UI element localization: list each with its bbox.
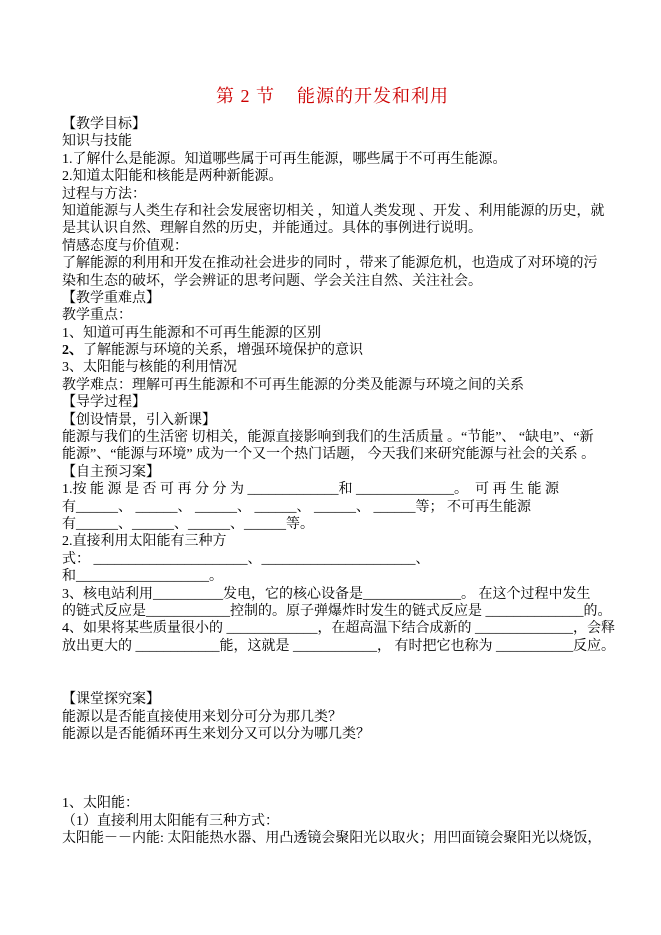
text-line: 教学难点：理解可再生能源和不可再生能源的分类及能源与环境之间的关系: [62, 377, 603, 394]
text-line: 能源与我们的生活密 切相关，能源直接影响到我们的生活质量 。“节能”、 “缺电”…: [62, 429, 603, 446]
blank-space: [62, 655, 603, 691]
text-segment: 【自主预习案】: [62, 465, 160, 480]
text-segment: 1.了解什么是能源。知道哪些属于可再生能源，哪些属于不可再生能源。: [62, 152, 507, 167]
document-body: 【教学目标】知识与技能1.了解什么是能源。知道哪些属于可再生能源，哪些属于不可再…: [62, 116, 603, 847]
text-segment: 1、知道可再生能源和不可再生能源的区别: [62, 326, 321, 341]
text-segment: 知识与技能: [62, 134, 132, 149]
text-line: 2.直接利用太阳能有三种方: [62, 533, 603, 550]
text-line: 能源以是否能直接使用来划分可分为那几类？: [62, 709, 603, 726]
text-segment: 【导学过程】: [62, 395, 146, 410]
blank-space: [62, 743, 603, 795]
text-line: 式： ______________________、______________…: [62, 551, 603, 568]
text-line: 2.知道太阳能和核能是两种新能源。: [62, 168, 603, 185]
text-line: 能源”、“能源与环境” 成为一个又一个热门话题， 今天我们来研究能源与社会的关系…: [62, 446, 603, 463]
text-line: 的链式反应是____________控制的。原子弹爆炸时发生的链式反应是 ___…: [62, 603, 603, 620]
text-line: 情感态度与价值观：: [62, 238, 603, 255]
text-segment: 能源以是否能循环再生来划分又可以分为哪几类？: [62, 727, 370, 742]
text-line: 【课堂探究案】: [62, 691, 603, 708]
text-line: 【教学重难点】: [62, 290, 603, 307]
text-segment: 【课堂探究案】: [62, 692, 160, 707]
text-segment: 和___________________。: [62, 569, 223, 584]
text-segment: （1）直接利用太阳能有三种方式：: [62, 814, 279, 829]
text-line: 有______、______、______、______等。: [62, 516, 603, 533]
text-line: 2、了解能源与环境的关系，增强环境保护的意识: [62, 342, 603, 359]
text-segment: 式： ______________________、______________…: [62, 552, 430, 567]
document-page: 第 2 节 能源的开发和利用 【教学目标】知识与技能1.了解什么是能源。知道哪些…: [0, 0, 661, 935]
text-line: 1.了解什么是能源。知道哪些属于可再生能源，哪些属于不可再生能源。: [62, 151, 603, 168]
text-line: 1.按 能 源 是 否 可 再 分 分 为 _____________和 ___…: [62, 481, 603, 498]
text-line: 3、核电站利用__________发电，它的核心设备是_____________…: [62, 586, 603, 603]
text-line: 染和生态的破坏，学会辨证的思考问题、学会关注自然、关注社会。: [62, 273, 603, 290]
text-segment: 4、如果将某些质量很小的 _____________，在超高温下结合成新的 __…: [62, 621, 615, 636]
text-line: 过程与方法：: [62, 186, 603, 203]
text-segment: 1.按 能 源 是 否 可 再 分 分 为 _____________和 ___…: [62, 482, 559, 497]
text-line: 有______、 ______、 ______、 ______、 ______、…: [62, 499, 603, 516]
text-line: 放出更大的 ____________能，这就是 ____________， 有时…: [62, 638, 603, 655]
text-line: 知道能源与人类生存和社会发展密切相关 ，知道人类发现 、开发 、利用能源的历史，…: [62, 203, 603, 220]
text-line: 太阳能－－内能: 太阳能热水器、用凸透镜会聚阳光以取火；用凹面镜会聚阳光以烧饭，: [62, 830, 603, 847]
text-segment: 有______、 ______、 ______、 ______、 ______、…: [62, 500, 531, 515]
text-segment: 是其认识自然、理解自然的历史，并能通过。具体的事例进行说明。: [62, 221, 482, 236]
text-segment: 教学难点：理解可再生能源和不可再生能源的分类及能源与环境之间的关系: [62, 378, 524, 393]
text-segment: 情感态度与价值观：: [62, 239, 188, 254]
text-segment: 了解能源与环境的关系，增强环境保护的意识: [83, 343, 363, 358]
text-line: 和___________________。: [62, 568, 603, 585]
text-line: 【导学过程】: [62, 394, 603, 411]
text-segment: 染和生态的破坏，学会辨证的思考问题、学会关注自然、关注社会。: [62, 274, 482, 289]
text-segment: 教学重点：: [62, 308, 132, 323]
text-line: 能源以是否能循环再生来划分又可以分为哪几类？: [62, 726, 603, 743]
text-segment: 有______、______、______、______等。: [62, 517, 314, 532]
bold-text-segment: 2、: [62, 343, 83, 358]
text-line: 4、如果将某些质量很小的 _____________，在超高温下结合成新的 __…: [62, 620, 603, 637]
text-segment: 能源与我们的生活密 切相关，能源直接影响到我们的生活质量 。“节能”、 “缺电”…: [62, 430, 594, 445]
text-segment: 的链式反应是____________控制的。原子弹爆炸时发生的链式反应是 ___…: [62, 604, 612, 619]
text-line: 【创设情景，引入新课】: [62, 412, 603, 429]
text-segment: 能源以是否能直接使用来划分可分为那几类？: [62, 710, 342, 725]
text-segment: 【创设情景，引入新课】: [62, 413, 216, 428]
text-line: 3、太阳能与核能的利用情况: [62, 359, 603, 376]
text-segment: 知道能源与人类生存和社会发展密切相关 ，知道人类发现 、开发 、利用能源的历史，…: [62, 204, 605, 219]
text-segment: 3、太阳能与核能的利用情况: [62, 360, 237, 375]
page-title: 第 2 节 能源的开发和利用: [62, 84, 603, 108]
text-segment: 3、核电站利用__________发电，它的核心设备是_____________…: [62, 587, 591, 602]
text-segment: 太阳能－－内能: 太阳能热水器、用凸透镜会聚阳光以取火；用凹面镜会聚阳光以烧饭，: [62, 831, 601, 846]
text-segment: 能源”、“能源与环境” 成为一个又一个热门话题， 今天我们来研究能源与社会的关系…: [62, 447, 595, 462]
text-line: 【教学目标】: [62, 116, 603, 133]
text-segment: 2.知道太阳能和核能是两种新能源。: [62, 169, 283, 184]
text-segment: 2.直接利用太阳能有三种方: [62, 534, 227, 549]
text-line: 是其认识自然、理解自然的历史，并能通过。具体的事例进行说明。: [62, 220, 603, 237]
text-segment: 1、太阳能：: [62, 796, 139, 811]
text-line: 1、知道可再生能源和不可再生能源的区别: [62, 325, 603, 342]
text-segment: 【教学目标】: [62, 117, 146, 132]
text-line: 了解能源的利用和开发在推动社会进步的同时 ，带来了能源危机，也造成了对环境的污: [62, 255, 603, 272]
text-segment: 过程与方法：: [62, 187, 146, 202]
text-line: 知识与技能: [62, 133, 603, 150]
text-line: 1、太阳能：: [62, 795, 603, 812]
text-segment: 放出更大的 ____________能，这就是 ____________， 有时…: [62, 639, 615, 654]
text-line: 教学重点：: [62, 307, 603, 324]
text-line: 【自主预习案】: [62, 464, 603, 481]
text-segment: 【教学重难点】: [62, 291, 160, 306]
text-segment: 了解能源的利用和开发在推动社会进步的同时 ，带来了能源危机，也造成了对环境的污: [62, 256, 598, 271]
text-line: （1）直接利用太阳能有三种方式：: [62, 813, 603, 830]
